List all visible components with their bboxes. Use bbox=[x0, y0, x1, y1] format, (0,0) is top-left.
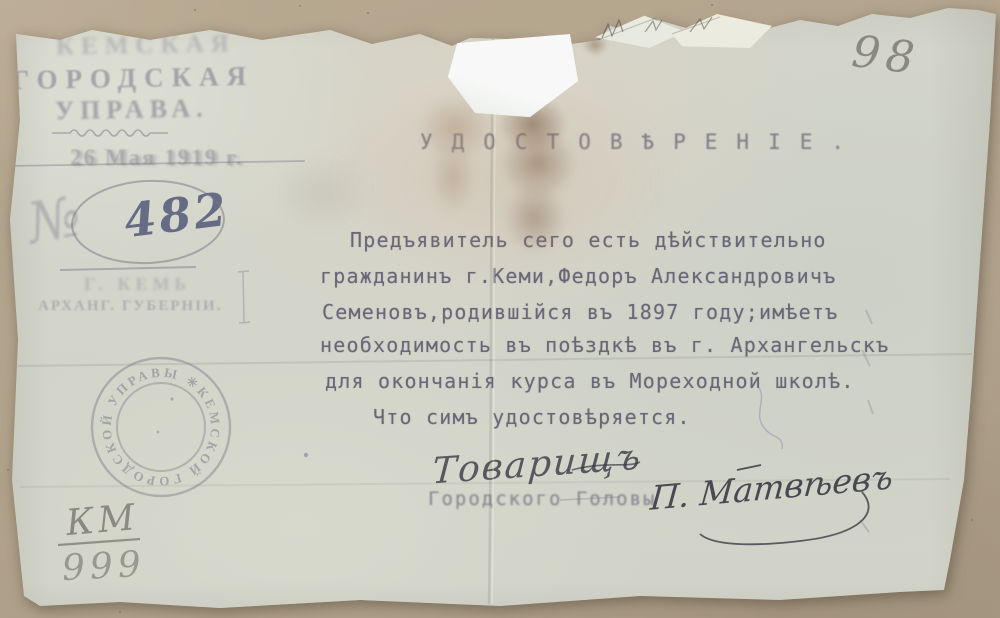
place-stamp-bracket bbox=[238, 271, 250, 323]
stain-left-tail bbox=[430, 140, 476, 214]
number-oval bbox=[70, 177, 226, 267]
stain-main-lower bbox=[504, 182, 566, 254]
date-rule-line bbox=[8, 161, 305, 166]
position-script-tail bbox=[572, 462, 640, 470]
km-underline bbox=[58, 539, 140, 545]
letterhead-divider bbox=[52, 130, 168, 136]
smudge-left-of-title bbox=[275, 155, 370, 230]
round-seal: КЕМСКОЙ ГОРОДСКОЙ УПРАВЫ ✳ bbox=[63, 329, 258, 524]
purple-ink-dot bbox=[304, 453, 308, 457]
signature-flourish bbox=[700, 492, 869, 544]
signature-dash bbox=[737, 465, 761, 470]
blue-ink-smudge bbox=[758, 386, 782, 449]
photo-of-document: КЕМСКАЯ ГОРОДСКАЯ УПРАВА. 26 Мая 1919 г.… bbox=[0, 0, 1000, 618]
